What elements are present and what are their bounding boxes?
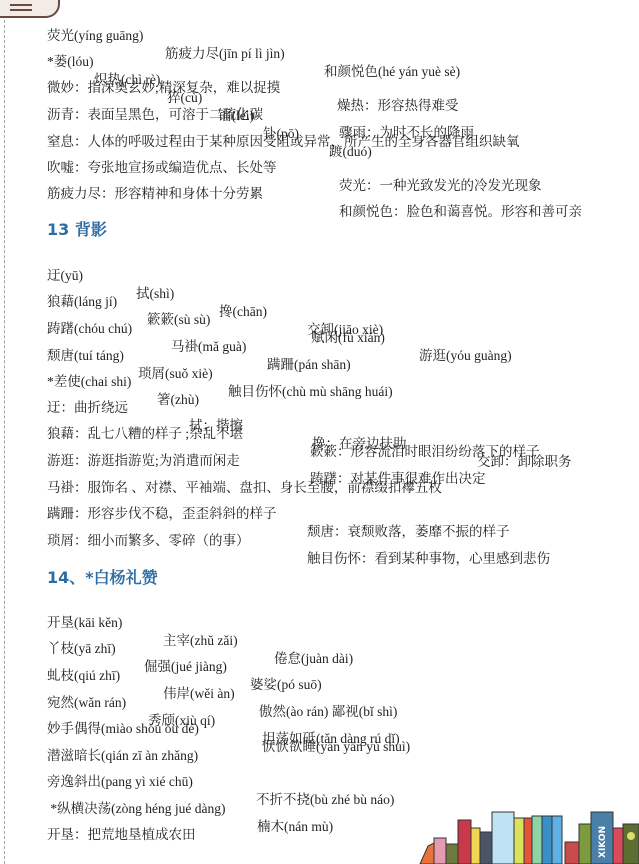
definition: 马褂：服饰名 、对襟、平袖端、盘扣、身长至腰，前襟缀扣襻五枚 [47, 479, 442, 497]
definition: 微妙：指深奥玄妙;精深复杂，难以捉摸 [47, 79, 280, 97]
definition: 筋疲力尽：形容精神和身体十分劳累 [47, 185, 263, 203]
vocab-item: 倔强(jué jiàng) [144, 658, 227, 676]
definition: 沥青：表面呈黑色，可溶于二硫化碳 [47, 106, 263, 124]
section-heading-14: 14、*白杨礼赞 [47, 565, 158, 588]
books-illustration: XIKON [410, 798, 639, 864]
definition: 狼藉：乱七八糟的样子 ;杂乱不堪 [47, 425, 243, 443]
vocab-item: 赋闲(fù xián) [311, 329, 385, 347]
definition: 燥热：形容热得难受 [337, 97, 459, 115]
vocab-item: 和颜悦色(hé yán yuè sè) [324, 63, 460, 81]
vocab-item: 婆娑(pó suō) [250, 676, 322, 694]
definition: 触目伤怀：看到某种事物，心里感到悲伤 [307, 550, 550, 568]
vocab-item: 触目伤怀(chù mù shāng huái) [228, 383, 393, 401]
vocab-item: 箸(zhù) [157, 391, 199, 409]
definition-row: 开垦：把荒地垦植成农田 [47, 808, 61, 862]
page-dashed-edge [0, 0, 5, 864]
vocab-item: 搀(chān) [219, 303, 267, 321]
book-spine-label: XIKON [598, 826, 608, 858]
definition: 开垦：把荒地垦植成农田 [47, 826, 196, 844]
vocab-item: 傲然(ào rán) 鄙视(bǐ shì) [259, 703, 397, 721]
vocab-item: 游逛(yóu guàng) [419, 347, 512, 365]
definition: 吹嘘：夸张地宣扬或编造优点、长处等 [47, 159, 277, 177]
vocab-item: 主宰(zhǔ zǎi) [163, 632, 238, 650]
vocab-item: 蹒跚(pán shān) [267, 356, 351, 374]
section-heading-13: 13 背影 [47, 217, 107, 240]
vocab-item: 旁逸斜出(pang yì xié chū) [47, 773, 193, 791]
vocab-item: 簌簌(sù sù) [147, 311, 210, 329]
vocab-item: 荧光(yíng guāng) [47, 27, 143, 45]
definition: 荧光：一种光致发光的冷发光现象 [339, 177, 542, 195]
vocab-item: 妙手偶得(miào shǒu ǒu dé) [47, 720, 199, 738]
definition: 琐屑：细小而繁多、零碎（的事） [47, 532, 250, 550]
definition: 和颜悦色：脸色和蔼喜悦。形容和善可亲 [339, 203, 582, 221]
vocab-item: 琐屑(suǒ xiè) [138, 365, 213, 383]
definition: 游逛：游逛指游览;为消遣而闲走 [47, 452, 240, 470]
vocab-item: 恹恹欲睡(yān yān yù shuì) [262, 738, 410, 756]
vocab-item: 筋疲力尽(jīn pí lì jìn) [165, 45, 285, 63]
vocab-item: 不折不挠(bù zhé bù náo) [256, 791, 394, 809]
vocab-item: 马褂(mǎ guà) [171, 338, 246, 356]
definition: 窒息：人体的呼吸过程由于某种原因受阻或异常，所产生的全身各器官组织缺氧 [47, 133, 520, 151]
vocab-item: 拭(shì) [136, 285, 174, 303]
vocab-item: 潜滋暗长(qián zī àn zhǎng) [47, 747, 198, 765]
vocab-item: 伟岸(wěi àn) [163, 685, 235, 703]
vocab-item: 倦怠(juàn dài) [274, 650, 353, 668]
definition: 簌簌：形容流泪时眼泪纷纷落下的样子 [310, 443, 540, 461]
definition: 颓唐：衰颓败落，萎靡不振的样子 [307, 523, 510, 541]
definition: 蹒跚：形容步伐不稳，歪歪斜斜的样子 [47, 505, 277, 523]
vocab-item: 楠木(nán mù) [257, 818, 333, 836]
vocab-item: *纵横决荡(zòng héng jué dàng) [47, 800, 225, 818]
